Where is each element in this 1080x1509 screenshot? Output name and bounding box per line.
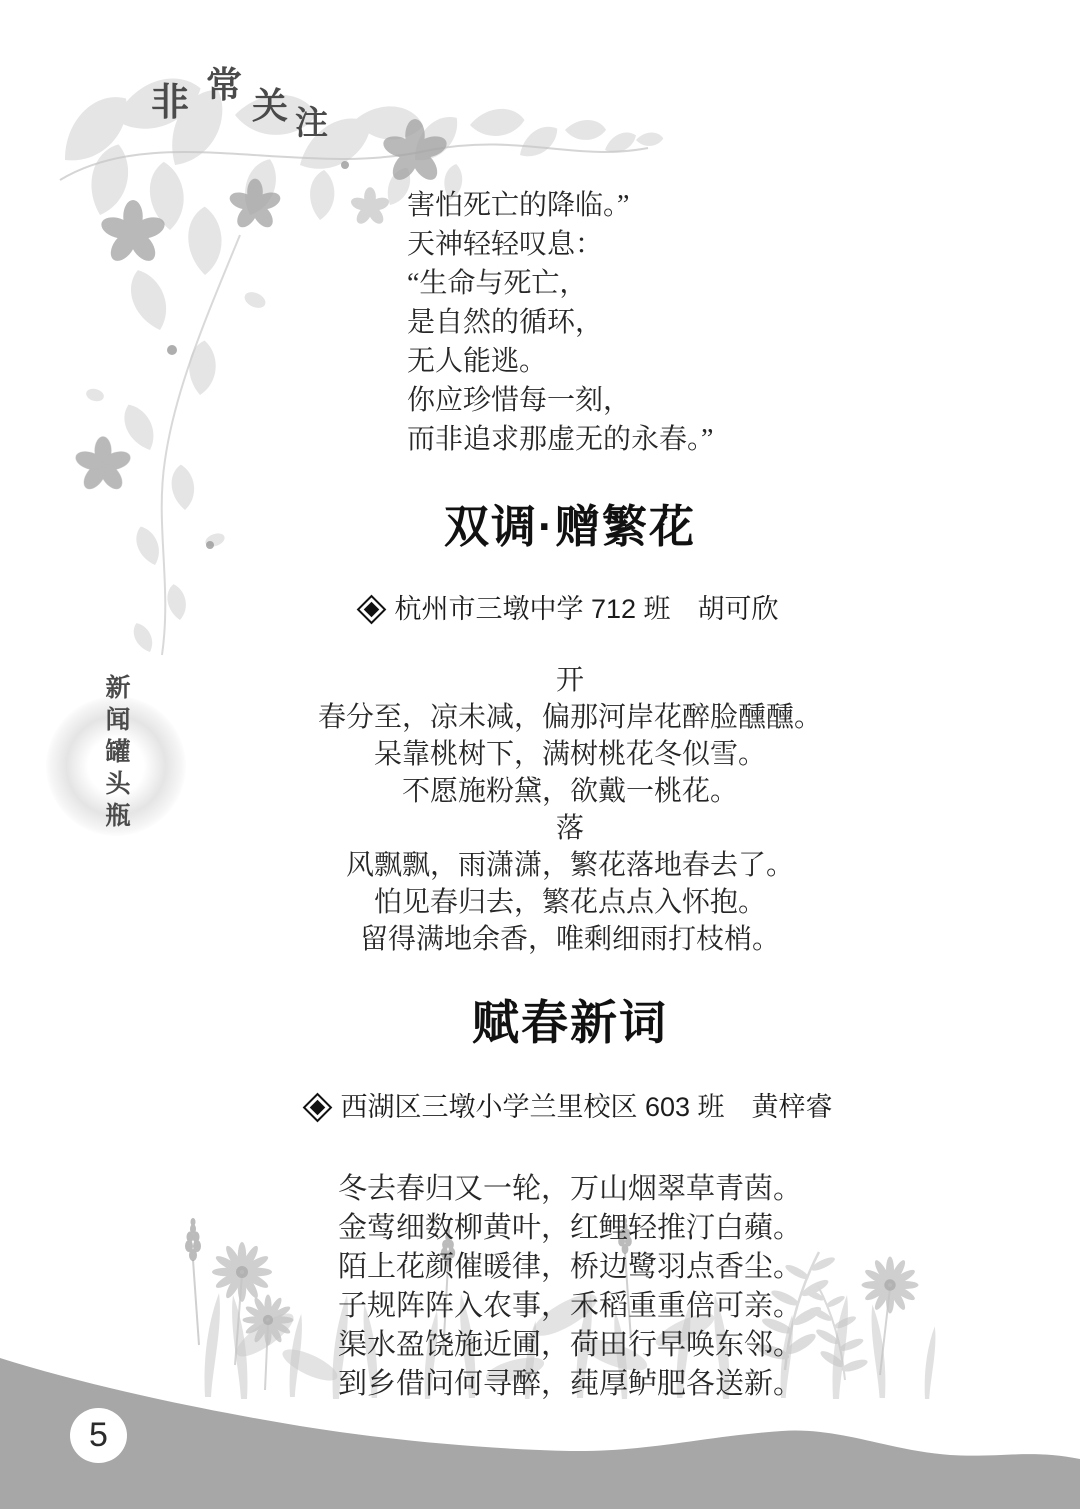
poem-line: 无人能逃。	[407, 342, 713, 381]
poem1-author-line: 杭州市三墩中学 712 班 胡可欣	[60, 587, 1080, 626]
corner-tag-char: 常	[206, 67, 242, 103]
poem-line: 而非追求那虚无的永春。”	[407, 420, 713, 459]
poem-line: 春分至，凉未减，偏那河岸花醉脸醺醺。	[60, 699, 1080, 736]
poem-line: 留得满地余香，唯剩细雨打枝梢。	[60, 921, 1080, 958]
poem-line: 开	[60, 662, 1080, 699]
poem-line: 怕见春归去，繁花点点入怀抱。	[60, 884, 1080, 921]
corner-tag-char: 非	[151, 84, 189, 122]
page-number-badge: 5	[70, 1408, 127, 1463]
poem-line: 风飘飘，雨潇潇，繁花落地春去了。	[60, 847, 1080, 884]
poem1-title: 双调·赠繁花	[60, 490, 1080, 555]
poem-line: 渠水盈饶施近圃，荷田行早唤东邻。	[60, 1326, 1080, 1365]
poem-line: 金莺细数柳黄叶，红鲤轻推汀白蘋。	[60, 1209, 1080, 1248]
poem-line: 子规阵阵入农事，禾稻重重倍可亲。	[60, 1287, 1080, 1326]
poem2-title: 赋春新词	[60, 986, 1080, 1053]
column-label-char: 罐	[105, 740, 130, 765]
poem-line: 冬去春归又一轮，万山烟翠草青茵。	[60, 1170, 1080, 1209]
magazine-page: 非 常 关 注 害怕死亡的降临。” 天神轻轻叹息： “生命与死亡， 是自然的循环…	[0, 0, 1080, 1509]
column-label-char: 闻	[105, 708, 130, 733]
corner-tag-char: 注	[295, 106, 328, 139]
poem2-body: 冬去春归又一轮，万山烟翠草青茵。 金莺细数柳黄叶，红鲤轻推汀白蘋。 陌上花颜催暖…	[60, 1170, 1080, 1404]
column-label-char: 瓶	[105, 804, 130, 829]
poem-line: 害怕死亡的降临。”	[407, 186, 713, 225]
intro-poem: 害怕死亡的降临。” 天神轻轻叹息： “生命与死亡， 是自然的循环， 无人能逃。 …	[407, 186, 713, 459]
poem-line: 呆靠桃树下，满树桃花冬似雪。	[60, 736, 1080, 773]
poem-line: 到乡借问何寻醉，莼厚鲈肥各送新。	[60, 1365, 1080, 1404]
poem1-body: 开 春分至，凉未减，偏那河岸花醉脸醺醺。 呆靠桃树下，满树桃花冬似雪。 不愿施粉…	[60, 662, 1080, 958]
poem-line: 是自然的循环，	[407, 303, 713, 342]
poem2-author: 西湖区三墩小学兰里校区 603 班 黄梓睿	[340, 1092, 832, 1122]
column-label-char: 新	[105, 676, 130, 701]
diamond-bullet-icon	[303, 1093, 333, 1123]
poem-line: 不愿施粉黛，欲戴一桃花。	[60, 773, 1080, 810]
poem-line: 陌上花颜催暖律，桥边鹭羽点香尘。	[60, 1248, 1080, 1287]
column-label-vertical: 新 闻 罐 头 瓶	[101, 676, 135, 829]
page-number: 5	[89, 1416, 108, 1455]
diamond-bullet-icon	[357, 595, 387, 625]
poem1-author: 杭州市三墩中学 712 班 胡可欣	[394, 594, 778, 624]
column-label-char: 头	[105, 772, 130, 797]
poem2-author-line: 西湖区三墩小学兰里校区 603 班 黄梓睿	[60, 1085, 1080, 1124]
poem-line: 落	[60, 810, 1080, 847]
poem-line: 你应珍惜每一刻，	[407, 381, 713, 420]
poem-line: “生命与死亡，	[407, 264, 713, 303]
poem-line: 天神轻轻叹息：	[407, 225, 713, 264]
corner-tag-char: 关	[252, 88, 288, 124]
